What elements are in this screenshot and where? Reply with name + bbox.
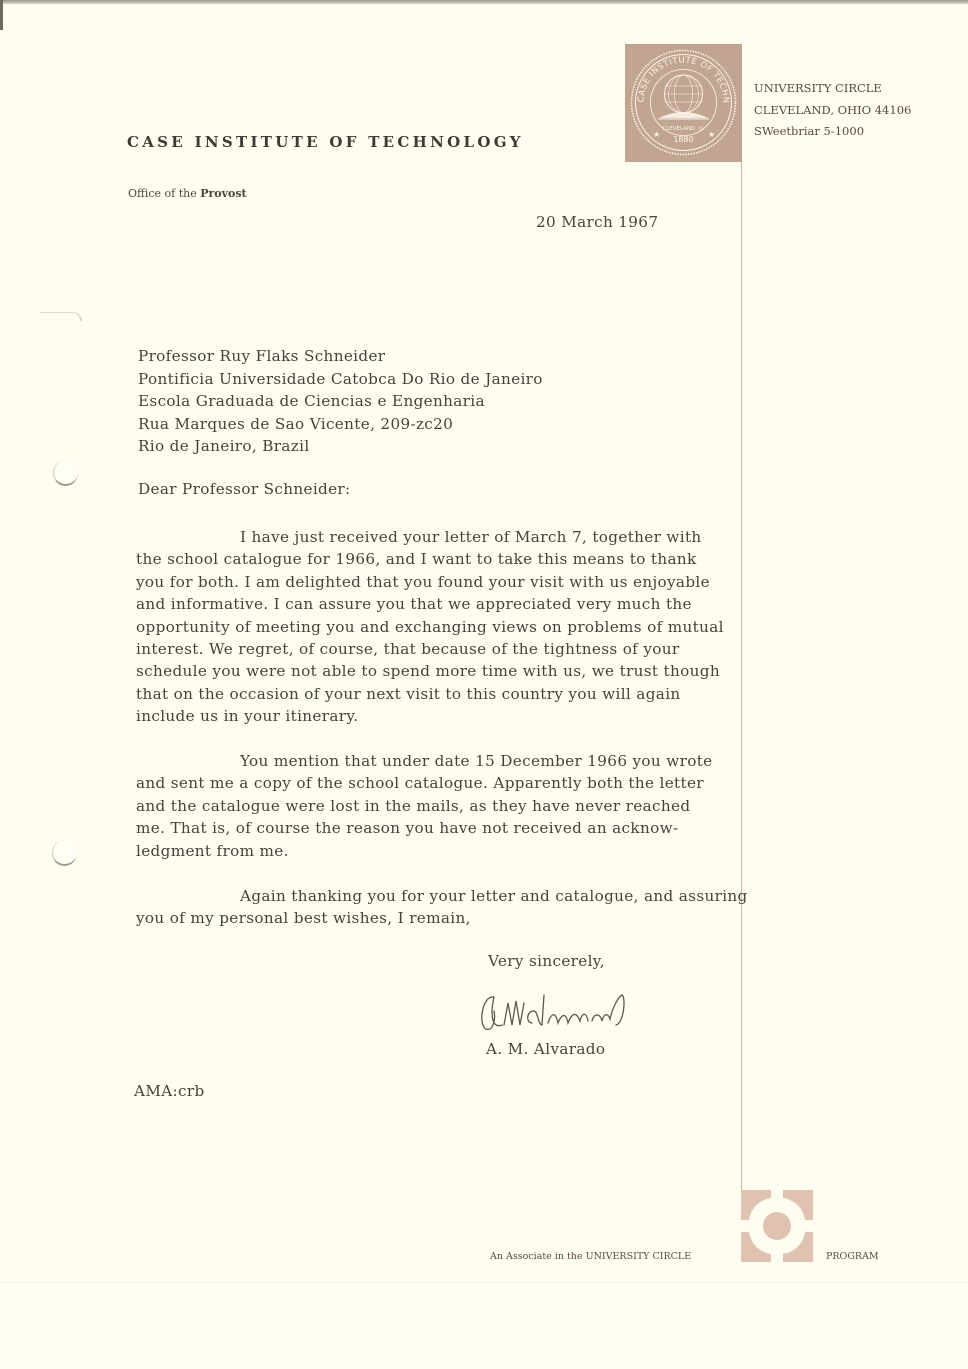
paragraph-line: ledgment from me. (136, 840, 712, 862)
page-top-edge (0, 0, 968, 4)
paragraph-line: that on the occasion of your next visit … (136, 683, 724, 705)
body-paragraph-1: I have just received your letter of Marc… (136, 526, 724, 728)
university-circle-logo-icon (741, 1190, 813, 1262)
paragraph-line: Again thanking you for your letter and c… (136, 885, 748, 907)
institution-name: CASE INSTITUTE OF TECHNOLOGY (127, 133, 524, 151)
address-block: UNIVERSITY CIRCLE CLEVELAND, OHIO 44106 … (754, 78, 911, 143)
paragraph-line: you of my personal best wishes, I remain… (136, 907, 748, 929)
paragraph-line: opportunity of meeting you and exchangin… (136, 616, 724, 638)
paragraph-line: You mention that under date 15 December … (136, 750, 712, 772)
paragraph-line: include us in your itinerary. (136, 705, 724, 727)
seal-year: 1880 (673, 135, 693, 144)
footer-associate-text: An Associate in the UNIVERSITY CIRCLE (490, 1251, 691, 1262)
paragraph-line: interest. We regret, of course, that bec… (136, 638, 724, 660)
recipient-line: Rio de Janeiro, Brazil (138, 435, 543, 458)
svg-text:★: ★ (653, 130, 660, 139)
punch-hole-icon (53, 460, 78, 486)
page-left-edge (0, 0, 3, 30)
letterhead-vertical-rule (741, 160, 742, 1190)
paragraph-line: and informative. I can assure you that w… (136, 593, 724, 615)
letter-date: 20 March 1967 (536, 213, 658, 231)
paragraph-line: the school catalogue for 1966, and I wan… (136, 548, 724, 570)
office-prefix: Office of the (128, 187, 200, 200)
body-paragraph-2: You mention that under date 15 December … (136, 750, 712, 862)
footer-program-text: PROGRAM (826, 1251, 879, 1262)
page-bottom-margin (0, 1282, 968, 1369)
fold-mark (40, 312, 82, 321)
salutation: Dear Professor Schneider: (138, 480, 351, 498)
globe-seal-icon: CASE INSTITUTE OF TECHNOLOGY CLEVELAND, … (625, 44, 742, 162)
recipient-line: Pontificia Universidade Catobca Do Rio d… (138, 368, 543, 391)
recipient-line: Professor Ruy Flaks Schneider (138, 345, 543, 368)
seal-banner-text: CLEVELAND, O. (662, 126, 705, 132)
svg-text:★: ★ (708, 130, 715, 139)
handwritten-signature-icon (476, 985, 696, 1045)
office-name: Provost (200, 187, 246, 200)
recipient-line: Escola Graduada de Ciencias e Engenharia (138, 390, 543, 413)
body-paragraph-3: Again thanking you for your letter and c… (136, 885, 748, 930)
recipient-line: Rua Marques de Sao Vicente, 209-zc20 (138, 413, 543, 436)
reference-initials: AMA:crb (134, 1082, 205, 1100)
address-line: UNIVERSITY CIRCLE (754, 78, 911, 100)
paragraph-line: schedule you were not able to spend more… (136, 660, 724, 682)
phone-line: SWeetbriar 5-1000 (754, 121, 911, 143)
recipient-address: Professor Ruy Flaks Schneider Pontificia… (138, 345, 543, 458)
paragraph-line: me. That is, of course the reason you ha… (136, 817, 712, 839)
punch-hole-icon (52, 840, 77, 866)
signer-name: A. M. Alvarado (486, 1040, 605, 1058)
address-line: CLEVELAND, OHIO 44106 (754, 100, 911, 122)
paragraph-line: and the catalogue were lost in the mails… (136, 795, 712, 817)
paragraph-line: I have just received your letter of Marc… (136, 526, 724, 548)
closing: Very sincerely, (488, 952, 605, 970)
paragraph-line: you for both. I am delighted that you fo… (136, 571, 724, 593)
paragraph-line: and sent me a copy of the school catalog… (136, 772, 712, 794)
office-line: Office of the Provost (128, 187, 247, 200)
